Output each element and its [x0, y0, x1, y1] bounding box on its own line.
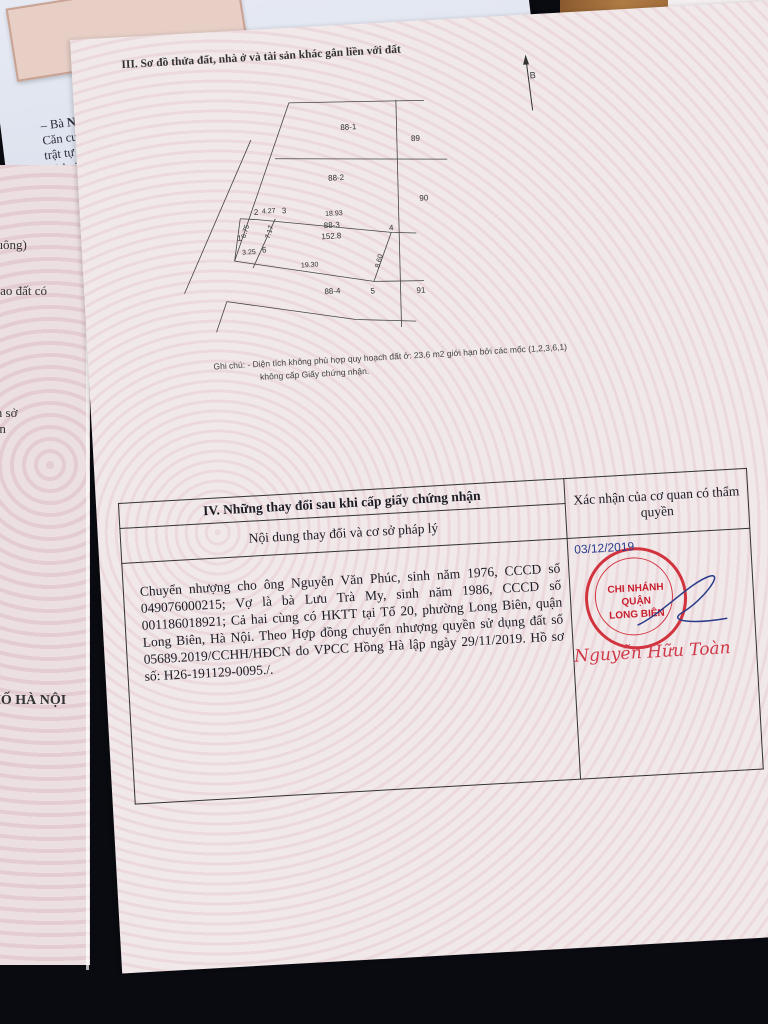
transfer-entry: Chuyển nhượng cho ông Nguyễn Văn Phúc, s… — [122, 539, 581, 805]
svg-text:18.93: 18.93 — [325, 210, 343, 218]
left-fragment: iên — [0, 421, 6, 437]
svg-text:4.27: 4.27 — [262, 208, 276, 216]
left-fragment: ền sở — [0, 405, 17, 421]
svg-text:88-2: 88-2 — [328, 173, 345, 183]
svg-text:4: 4 — [389, 223, 394, 232]
svg-text:90: 90 — [419, 193, 429, 203]
left-page: vuông) giao đất có ền sở iên HỐ HÀ NỘI — [0, 165, 90, 965]
left-fragment: HỐ HÀ NỘI — [0, 693, 66, 709]
svg-text:5: 5 — [370, 286, 375, 295]
svg-text:6.75: 6.75 — [241, 224, 252, 239]
svg-text:3: 3 — [282, 206, 287, 215]
svg-text:8.60: 8.60 — [374, 254, 384, 269]
svg-text:88-4: 88-4 — [324, 286, 341, 296]
certificate-page: III. Sơ đồ thửa đất, nhà ở và tài sản kh… — [70, 1, 768, 974]
svg-text:91: 91 — [416, 286, 426, 296]
svg-text:B: B — [529, 70, 536, 80]
svg-text:3.25: 3.25 — [242, 249, 256, 257]
confirm-column-header: Xác nhận của cơ quan có thẩm quyền — [564, 468, 750, 538]
left-fragment: vuông) — [0, 237, 27, 253]
north-arrow-icon: B — [519, 52, 542, 113]
official-stamp-cell: CHI NHÁNH QUẬN LONG BIÊN 03/12/2019 Nguy… — [567, 528, 763, 779]
parcel-diagram: 88-1 89 88-2 90 88-3 152.8 88-4 91 1 2 3… — [173, 78, 477, 344]
section-3-title: III. Sơ đồ thửa đất, nhà ở và tài sản kh… — [121, 44, 401, 72]
svg-text:152.8: 152.8 — [321, 231, 342, 241]
note-label: Ghi chú: — [213, 360, 245, 372]
svg-text:88-3: 88-3 — [324, 220, 341, 230]
signer-name: Nguyễn Hữu Toàn — [574, 637, 755, 667]
left-fragment: giao đất có — [0, 283, 47, 299]
signature-icon — [630, 570, 733, 635]
svg-text:88-1: 88-1 — [340, 122, 357, 132]
changes-table: IV. Những thay đổi sau khi cấp giấy chứn… — [118, 468, 764, 805]
svg-text:89: 89 — [411, 134, 421, 144]
svg-text:19.30: 19.30 — [301, 261, 319, 269]
diagram-note: Ghi chú: - Diện tích không phù hợp quy h… — [213, 341, 568, 387]
svg-text:2: 2 — [254, 208, 259, 217]
svg-text:7.17: 7.17 — [265, 225, 276, 240]
svg-text:6: 6 — [262, 245, 267, 254]
